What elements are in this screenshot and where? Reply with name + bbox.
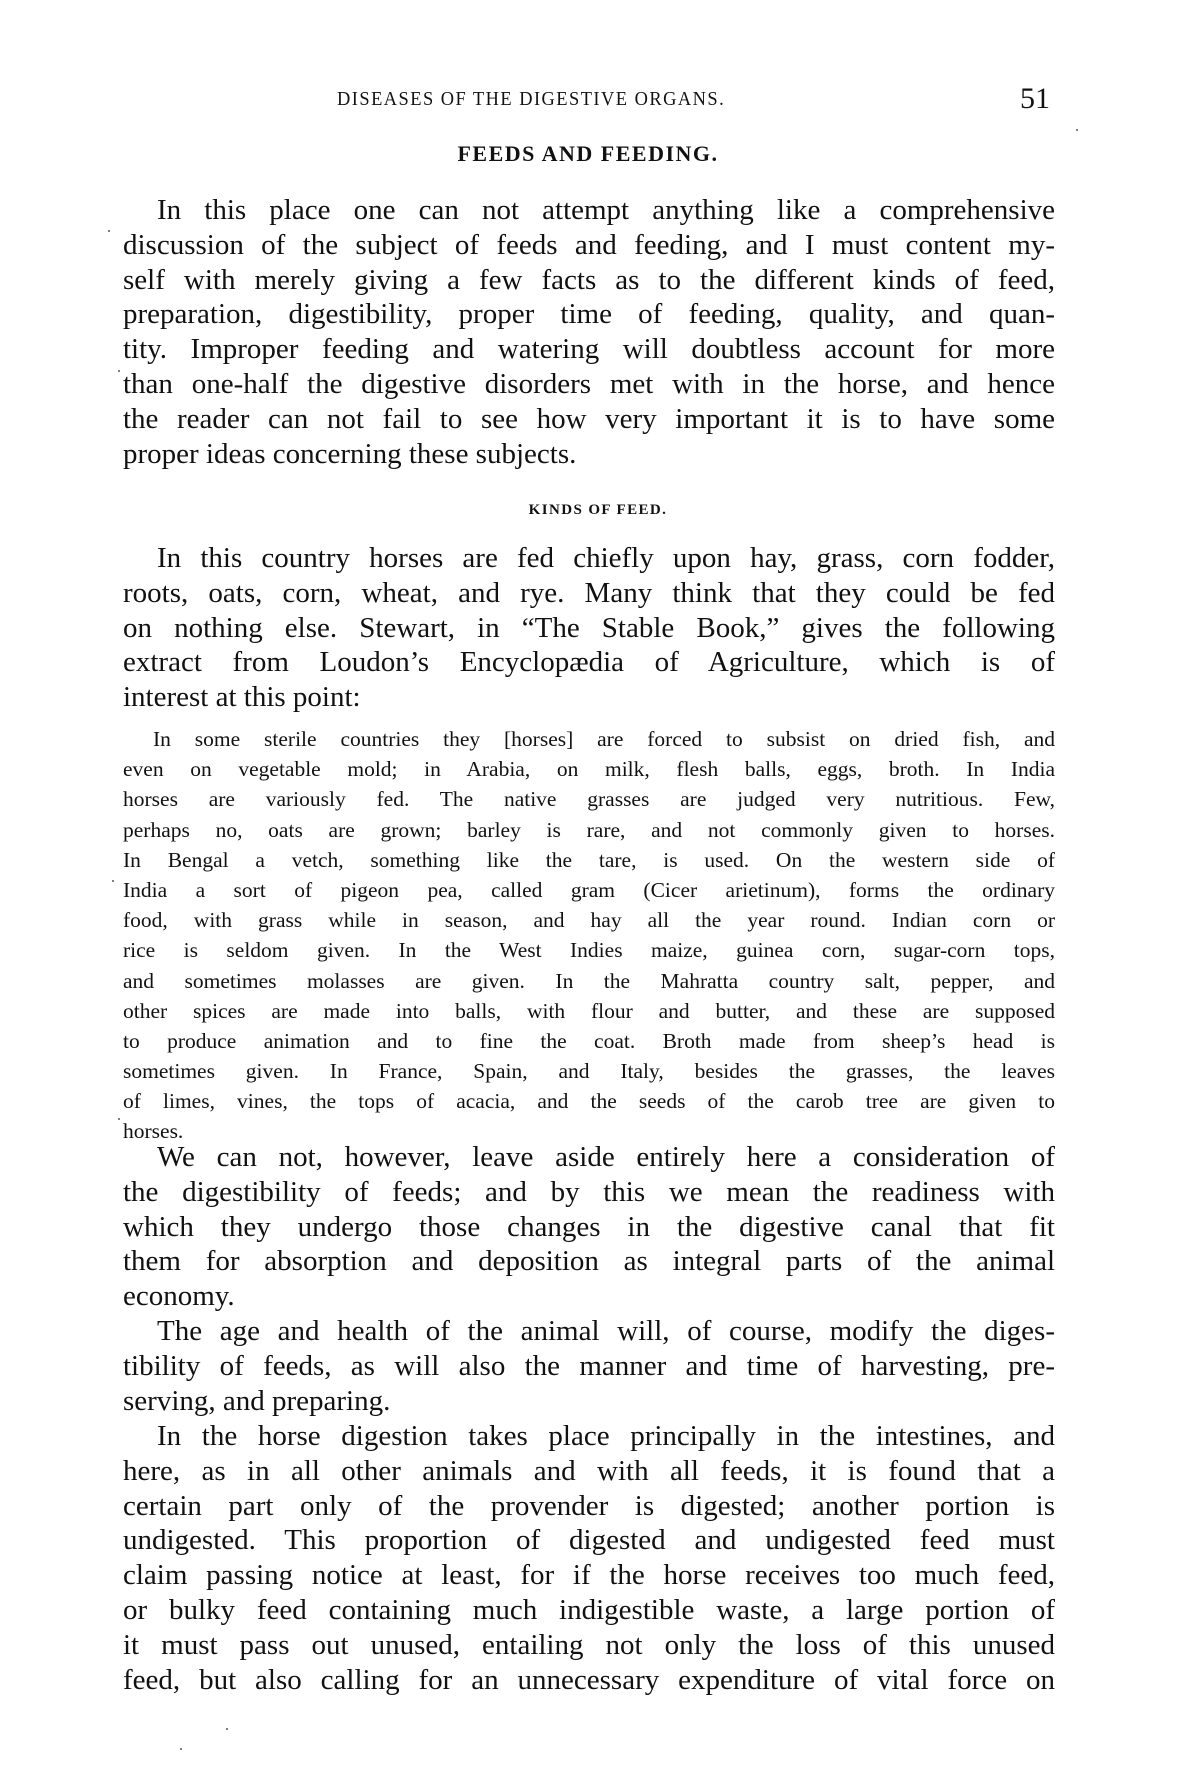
running-header-title: DISEASES OF THE DIGESTIVE ORGANS. xyxy=(337,88,797,111)
quote-line: even on vegetable mold; in Arabia, on mi… xyxy=(123,754,1055,784)
quote-line: horses are variously fed. The native gra… xyxy=(123,784,1055,814)
paragraph-intro: In this place one can not attempt anythi… xyxy=(123,193,1055,471)
quote-line: food, with grass while in season, and ha… xyxy=(123,905,1055,935)
section-title: FEEDS AND FEEDING. xyxy=(0,141,1200,167)
text-line: the reader can not fail to see how very … xyxy=(123,402,1055,437)
subsection-title-text: KINDS OF FEED. xyxy=(529,502,668,519)
text-line: The age and health of the animal will, o… xyxy=(123,1314,1055,1349)
scan-speck xyxy=(180,1748,182,1750)
quote-line: perhaps no, oats are grown; barley is ra… xyxy=(123,815,1055,845)
text-line: claim passing notice at least, for if th… xyxy=(123,1558,1055,1593)
text-line: tibility of feeds, as will also the mann… xyxy=(123,1349,1055,1384)
quote-line: In some sterile countries they [horses] … xyxy=(123,724,1055,754)
quote-line: other spices are made into balls, with f… xyxy=(123,996,1055,1026)
quote-line: India a sort of pigeon pea, called gram … xyxy=(123,875,1055,905)
text-line: preparation, digestibility, proper time … xyxy=(123,297,1055,332)
section-title-text: FEEDS AND FEEDING. xyxy=(457,141,718,167)
text-line: roots, oats, corn, wheat, and rye. Many … xyxy=(123,576,1055,611)
text-line: In this place one can not attempt anythi… xyxy=(123,193,1055,228)
text-line: interest at this point: xyxy=(123,680,1055,715)
text-line: which they undergo those changes in the … xyxy=(123,1210,1055,1245)
text-line: than one-half the digestive disorders me… xyxy=(123,367,1055,402)
scan-speck xyxy=(118,1118,120,1120)
quote-line: rice is seldom given. In the West Indies… xyxy=(123,935,1055,965)
text-line: extract from Loudon’s Encyclopædia of Ag… xyxy=(123,645,1055,680)
book-page: DISEASES OF THE DIGESTIVE ORGANS. 51 FEE… xyxy=(0,0,1200,1770)
quote-line: sometimes given. In France, Spain, and I… xyxy=(123,1056,1055,1086)
text-line: certain part only of the provender is di… xyxy=(123,1489,1055,1524)
paragraph-age-health: The age and health of the animal will, o… xyxy=(123,1314,1055,1418)
text-line: here, as in all other animals and with a… xyxy=(123,1454,1055,1489)
text-line: them for absorption and deposition as in… xyxy=(123,1244,1055,1279)
subsection-title-kinds-of-feed: KINDS OF FEED. xyxy=(0,502,1200,519)
text-line: economy. xyxy=(123,1279,1055,1314)
quote-line: and sometimes molasses are given. In the… xyxy=(123,966,1055,996)
paragraph-kinds-of-feed: In this country horses are fed chiefly u… xyxy=(123,541,1055,715)
running-header: DISEASES OF THE DIGESTIVE ORGANS. 51 xyxy=(0,88,1200,118)
text-line: on nothing else. Stewart, in “The Stable… xyxy=(123,611,1055,646)
text-line: it must pass out unused, entailing not o… xyxy=(123,1628,1055,1663)
block-quote-loudon: In some sterile countries they [horses] … xyxy=(123,724,1055,1147)
text-line: undigested. This proportion of digested … xyxy=(123,1523,1055,1558)
text-line: We can not, however, leave aside entirel… xyxy=(123,1140,1055,1175)
text-line: the digestibility of feeds; and by this … xyxy=(123,1175,1055,1210)
scan-speck xyxy=(118,370,120,372)
paragraph-digestion: In the horse digestion takes place princ… xyxy=(123,1419,1055,1697)
scan-speck xyxy=(1076,129,1078,131)
text-line: In the horse digestion takes place princ… xyxy=(123,1419,1055,1454)
scan-speck xyxy=(226,1728,228,1730)
scan-speck xyxy=(112,880,114,882)
text-line: feed, but also calling for an unnecessar… xyxy=(123,1663,1055,1698)
text-line: serving, and preparing. xyxy=(123,1384,1055,1419)
paragraph-digestibility: We can not, however, leave aside entirel… xyxy=(123,1140,1055,1314)
text-line: In this country horses are fed chiefly u… xyxy=(123,541,1055,576)
text-line: tity. Improper feeding and watering will… xyxy=(123,332,1055,367)
text-line: proper ideas concerning these subjects. xyxy=(123,437,1055,472)
page-number: 51 xyxy=(1020,82,1050,116)
scan-speck xyxy=(108,230,110,232)
text-line: or bulky feed containing much indigestib… xyxy=(123,1593,1055,1628)
text-line: self with merely giving a few facts as t… xyxy=(123,263,1055,298)
quote-line: to produce animation and to fine the coa… xyxy=(123,1026,1055,1056)
quote-line: In Bengal a vetch, something like the ta… xyxy=(123,845,1055,875)
text-line: discussion of the subject of feeds and f… xyxy=(123,228,1055,263)
quote-line: of limes, vines, the tops of acacia, and… xyxy=(123,1086,1055,1116)
